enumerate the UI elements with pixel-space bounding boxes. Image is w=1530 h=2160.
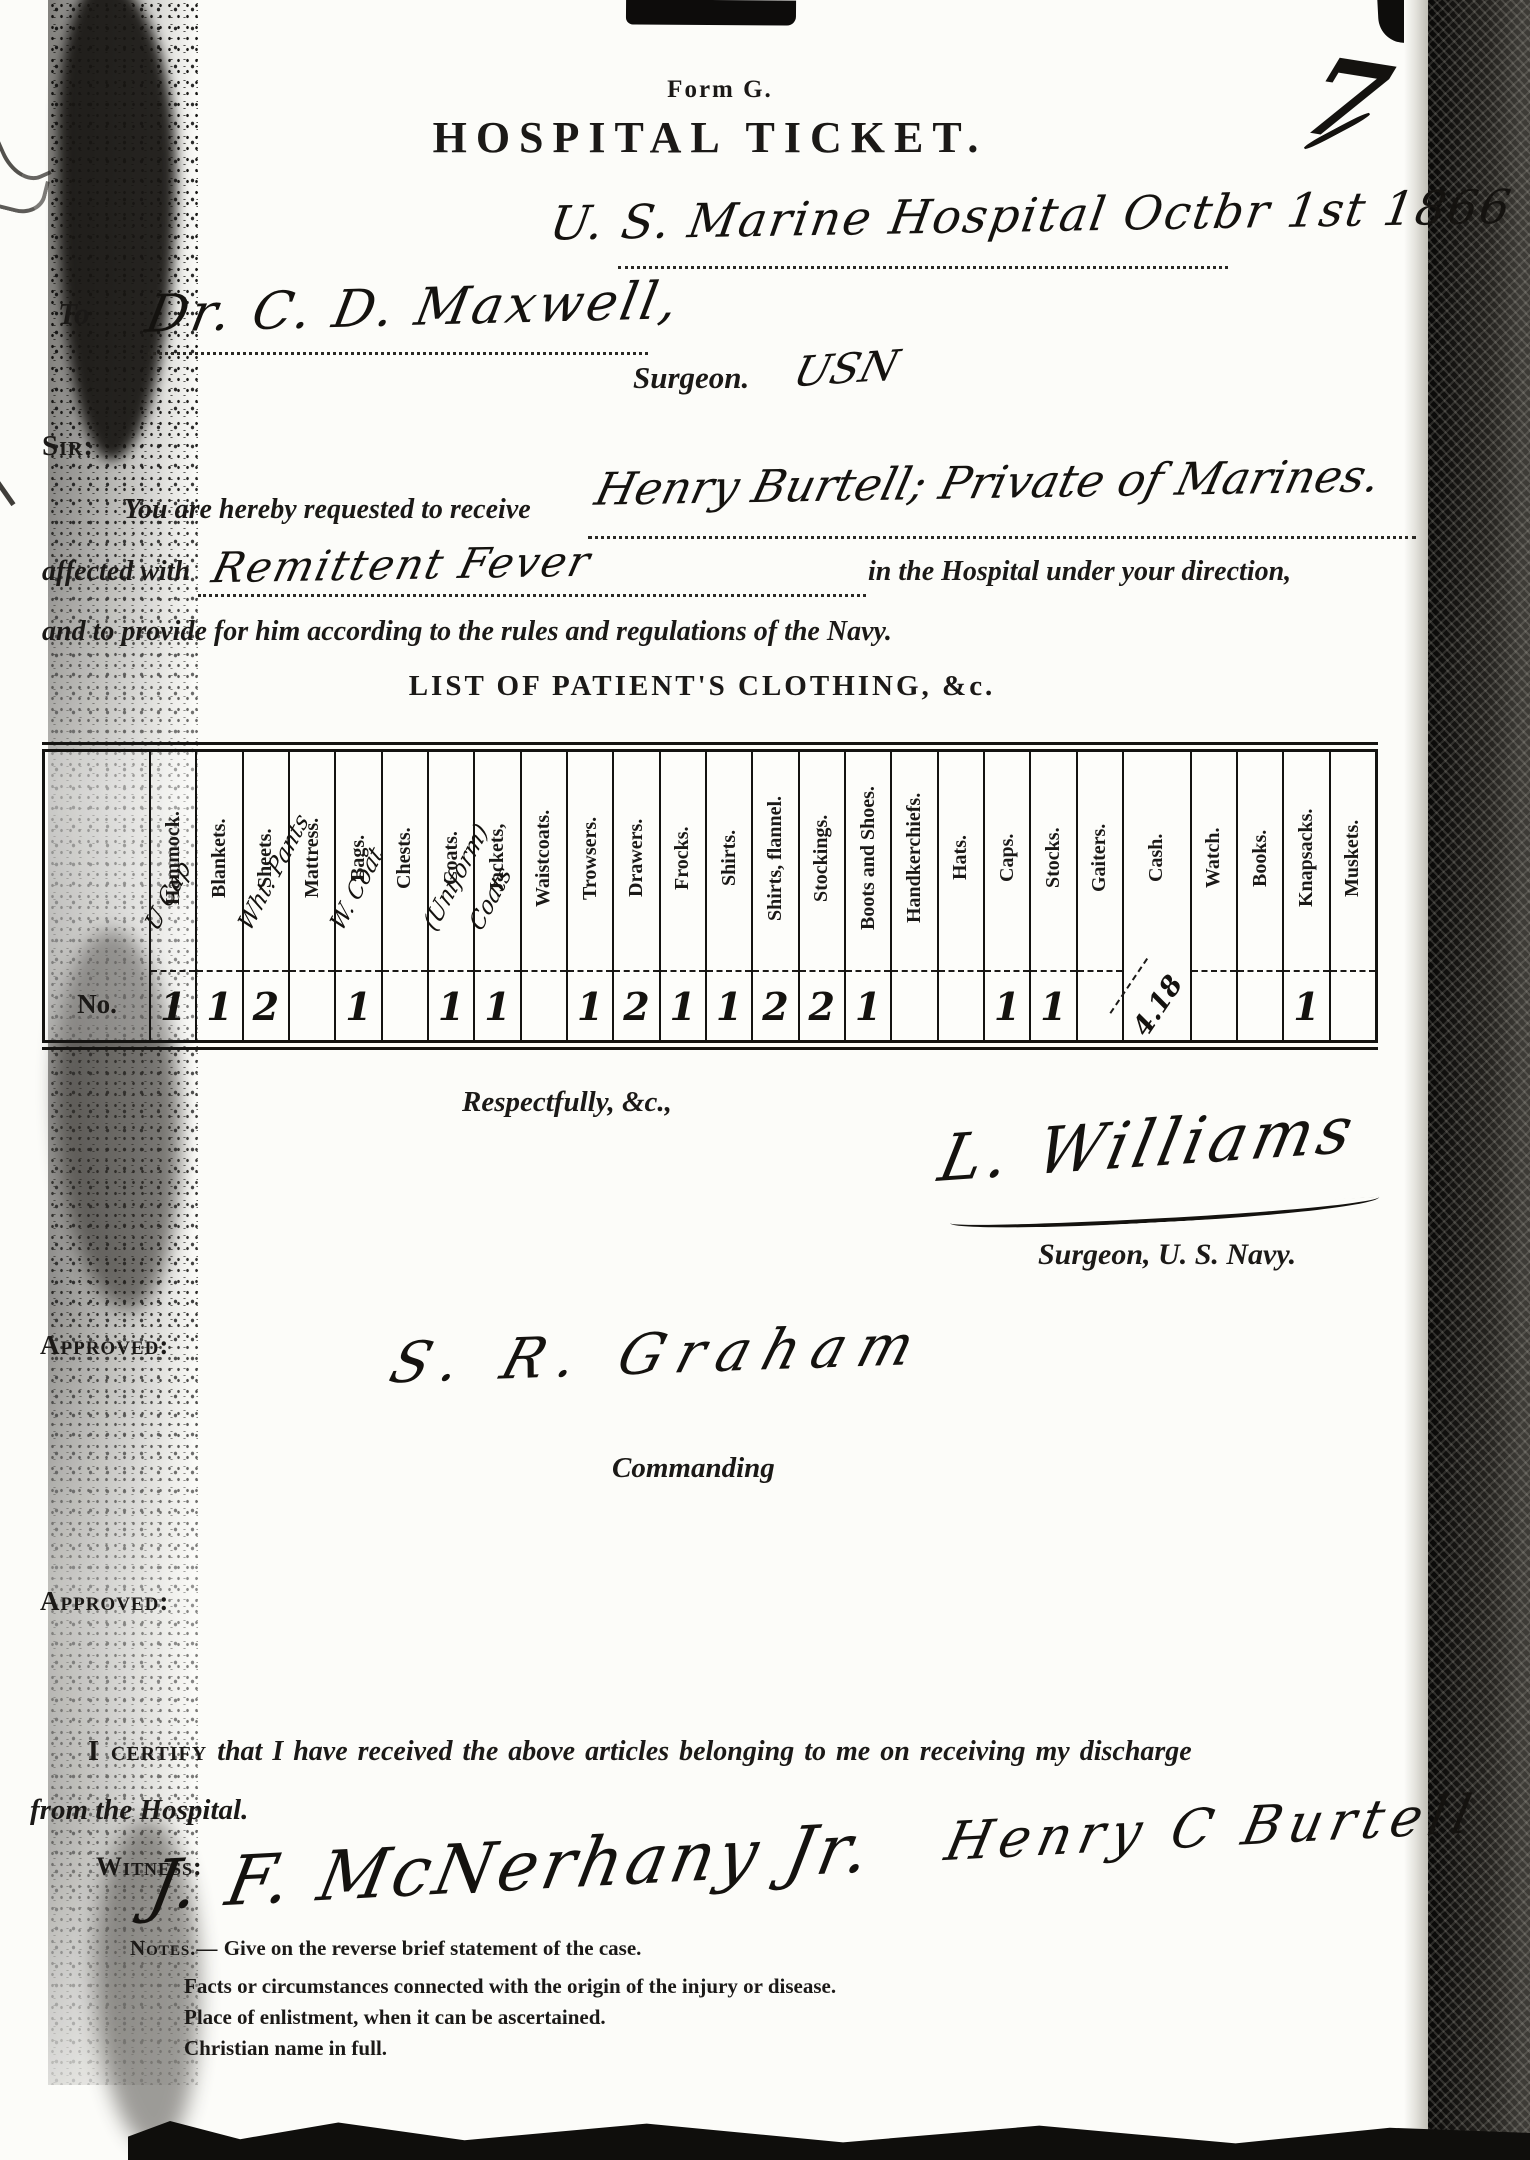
handwritten-addressee-name: Dr. C. D. Maxwell,: [141, 271, 685, 345]
clothing-column: Shirts, flannel.2: [751, 752, 797, 1040]
handwritten-quantity: [1331, 970, 1375, 1040]
clothing-column: Knapsacks.1: [1282, 752, 1328, 1040]
witness-signature-handwritten: J. F. McNerhany Jr.: [143, 1809, 881, 1927]
clothing-column-header: Blankets.: [208, 752, 231, 970]
notes-line-3: Place of enlistment, when it can be asce…: [184, 2005, 606, 2030]
clothing-column: Books.: [1236, 752, 1282, 1040]
clothing-list-heading: LIST OF PATIENT'S CLOTHING, &c.: [0, 670, 1404, 703]
clothing-column: Shirts.1: [705, 752, 751, 1040]
document-title: HOSPITAL TICKET.: [400, 112, 1020, 163]
clothing-column-header: Shirts, flannel.: [764, 752, 787, 970]
clothing-column-header: Chests.: [393, 752, 416, 970]
clothing-column-header: Cash.: [1145, 752, 1168, 970]
approved-label-2: Approved:: [40, 1586, 169, 1617]
clothing-column: Chests.: [381, 752, 427, 1040]
handwritten-quantity: 1: [1284, 970, 1328, 1040]
clothing-column: Drawers.2: [612, 752, 658, 1040]
handwritten-diagnosis: Remittent Fever: [208, 537, 597, 593]
clothing-column: Wht. PantsSheets.2: [242, 752, 288, 1040]
respectfully-label: Respectfully, &c.,: [462, 1086, 672, 1119]
notes-line-1: Notes.— Give on the reverse brief statem…: [130, 1936, 641, 1961]
clothing-column-header: Drawers.: [625, 752, 648, 970]
hospital-ticket-document: Form G. HOSPITAL TICKET. 7 U. S. Marine …: [0, 0, 1530, 2160]
commanding-officer-signature: S. R. Graham: [383, 1312, 935, 1396]
notes-text: Give on the reverse brief statement of t…: [224, 1936, 642, 1960]
certify-statement-line2: from the Hospital.: [30, 1794, 248, 1827]
clothing-column: Hats.: [937, 752, 983, 1040]
handwritten-quantity: 2: [614, 970, 658, 1040]
request-line3: and to provide for him according to the …: [42, 616, 892, 648]
dotted-fill-line: [148, 352, 648, 355]
handwritten-quantity: 1: [661, 970, 705, 1040]
clothing-column-header: Caps.: [996, 752, 1019, 970]
clothing-column-header: Boots and Shoes.: [857, 752, 880, 970]
commanding-title: Commanding: [612, 1452, 775, 1485]
stray-ink-mark: [0, 464, 37, 506]
clothing-column-header: Stockings.: [810, 752, 833, 970]
row-label-no: No.: [45, 752, 151, 1040]
clothing-column-header: Books.: [1249, 752, 1272, 970]
clothing-column: Handkerchiefs.: [890, 752, 936, 1040]
clothing-column: Stocks.1: [1029, 752, 1075, 1040]
clothing-column: Gaiters.: [1076, 752, 1122, 1040]
sir-label: Sir:: [42, 430, 94, 463]
clothing-column: (Uniform)Coats.1: [427, 752, 473, 1040]
clothing-column: Boots and Shoes.1: [844, 752, 890, 1040]
clothing-column-header: Shirts.: [718, 752, 741, 970]
handwritten-quantity: [290, 970, 334, 1040]
handwritten-quantity: 1: [707, 970, 751, 1040]
patient-signature-handwritten: Henry C Burtell: [940, 1784, 1484, 1874]
handwritten-quantity: [939, 970, 983, 1040]
clothing-column-header: Waistcoats.: [532, 752, 555, 970]
clothing-column: Blankets.1: [195, 752, 241, 1040]
handwritten-quantity: 1: [568, 970, 612, 1040]
handwritten-quantity: [892, 970, 936, 1040]
clothing-column-header: Mattress.: [301, 752, 324, 970]
handwritten-quantity: 1: [475, 970, 519, 1040]
dotted-fill-line: [618, 266, 1228, 269]
handwritten-quantity: 1: [151, 970, 195, 1040]
scan-dark-band-bottom: [128, 2108, 1530, 2160]
clothing-column: Mattress.: [288, 752, 334, 1040]
handwritten-quantity: 1: [336, 970, 380, 1040]
clothing-column: Frocks.1: [659, 752, 705, 1040]
stray-ink-mark: [0, 171, 50, 219]
handwritten-quantity: 2: [244, 970, 288, 1040]
clothing-column: U CapHammock.1: [151, 752, 195, 1040]
handwritten-quantity: 1: [1031, 970, 1075, 1040]
clothing-column: Waistcoats.: [520, 752, 566, 1040]
clothing-column: Cash.4.18: [1122, 752, 1190, 1040]
request-line1-printed: You are hereby requested to receive: [124, 494, 531, 526]
clothing-table-columns: U CapHammock.1Blankets.1Wht. PantsSheets…: [151, 752, 1375, 1040]
handwritten-quantity: 1: [429, 970, 473, 1040]
handwritten-quantity: 2: [753, 970, 797, 1040]
clothing-column-header: Knapsacks.: [1295, 752, 1318, 970]
handwritten-quantity: [522, 970, 566, 1040]
dotted-fill-line: [588, 536, 1416, 539]
clothing-column: Watch.: [1190, 752, 1236, 1040]
clothing-column-header: Gaiters.: [1088, 752, 1111, 970]
handwritten-patient-name: Henry Burtell; Private of Marines.: [590, 449, 1386, 516]
handwritten-quantity: [383, 970, 427, 1040]
handwritten-quantity: [1238, 970, 1282, 1040]
surgeon-label: Surgeon.: [633, 360, 749, 396]
clothing-column-header: Hats.: [949, 752, 972, 970]
form-number-label: Form G.: [620, 76, 820, 104]
handwritten-quantity: 1: [846, 970, 890, 1040]
surgeon-signature-handwritten: L. Williams: [933, 1093, 1364, 1197]
clothing-table: No. U CapHammock.1Blankets.1Wht. PantsSh…: [42, 742, 1378, 1050]
notes-line-2: Facts or circumstances connected with th…: [184, 1974, 836, 1999]
clothing-column-header: Frocks.: [671, 752, 694, 970]
notes-line-4: Christian name in full.: [184, 2036, 387, 2061]
certify-statement-line1: I certify that I have received the above…: [88, 1736, 1192, 1768]
request-line2-suffix: in the Hospital under your direction,: [868, 556, 1291, 588]
handwritten-quantity: [1192, 970, 1236, 1040]
handwritten-surgeon-suffix: USN: [789, 341, 904, 397]
handwritten-hospital-date-line: U. S. Marine Hospital Octbr 1st 1866 .: [546, 179, 1530, 251]
dotted-fill-line: [198, 594, 866, 597]
handwritten-quantity: 1: [197, 970, 241, 1040]
handwritten-quantity: 1: [985, 970, 1029, 1040]
scan-dark-blob-top-left: [58, 0, 176, 460]
surgeon-navy-title: Surgeon, U. S. Navy.: [1038, 1238, 1296, 1272]
clothing-column: Caps.1: [983, 752, 1029, 1040]
clothing-column-header: Trowsers.: [579, 752, 602, 970]
certify-lead: I certify: [88, 1736, 207, 1767]
scan-ink-streak-top: [626, 0, 796, 26]
clothing-column: W. CoatBags.1: [334, 752, 380, 1040]
signature-flourish: [950, 1197, 1380, 1233]
affected-with-label: affected with: [42, 556, 190, 588]
clothing-column-header: Handkerchiefs.: [903, 752, 926, 970]
clothing-column-header: Muskets.: [1341, 752, 1364, 970]
clothing-column: CoatsJackets,1: [473, 752, 519, 1040]
handwritten-quantity: 2: [800, 970, 844, 1040]
approved-label-1: Approved:: [40, 1330, 169, 1361]
clothing-column-header: Stocks.: [1042, 752, 1065, 970]
clothing-column: Muskets.: [1329, 752, 1375, 1040]
clothing-column-header: Jackets,: [486, 752, 509, 970]
clothing-column: Stockings.2: [798, 752, 844, 1040]
clothing-column-header: Watch.: [1202, 752, 1225, 970]
notes-label: Notes.—: [130, 1936, 218, 1960]
to-label: To: [58, 296, 90, 332]
clothing-column: Trowsers.1: [566, 752, 612, 1040]
certify-body: that I have received the above articles …: [217, 1736, 1192, 1767]
